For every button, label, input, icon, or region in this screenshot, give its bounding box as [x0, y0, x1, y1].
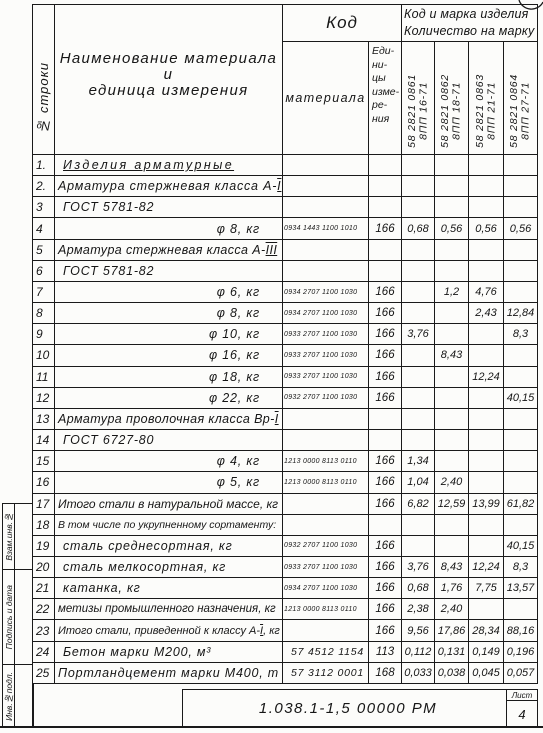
row-number: 19: [33, 536, 55, 557]
quantity-product-1: 0,112: [402, 642, 435, 663]
quantity-product-3: [469, 409, 504, 430]
row-number: 21: [33, 578, 55, 599]
material-name: сталь среднесортная, кг: [55, 536, 283, 557]
quantity-product-1: [402, 367, 435, 388]
unit-code: [369, 409, 402, 430]
quantity-product-1: [402, 176, 435, 197]
quantity-product-4: 12,84: [504, 303, 538, 324]
header-unit-line: ния: [372, 113, 389, 127]
material-name: φ 5, кг: [55, 472, 283, 493]
row-number: 17: [33, 494, 55, 515]
row-number: 12: [33, 388, 55, 409]
quantity-product-1: [402, 430, 435, 451]
material-name: Итого стали в натуральной массе, кг: [55, 494, 283, 515]
quantity-product-3: 7,75: [469, 578, 504, 599]
quantity-product-2: 0,56: [435, 218, 469, 239]
material-name: φ 4, кг: [55, 451, 283, 472]
material-name: Арматура стержневая класса А-III: [55, 240, 283, 261]
quantity-product-4: [504, 197, 538, 218]
stamp-replacement-inv: Взам.инв.№: [3, 504, 15, 569]
unit-code: 166: [369, 388, 402, 409]
unit-code: 166: [369, 472, 402, 493]
material-name-text: φ 8, кг: [217, 222, 260, 236]
row-number: 3: [33, 197, 55, 218]
material-code: [283, 197, 369, 218]
quantity-product-3: [469, 472, 504, 493]
quantity-product-3: [469, 197, 504, 218]
quantity-product-2: [435, 324, 469, 345]
quantity-product-2: [435, 409, 469, 430]
quantity-product-1: 2,38: [402, 599, 435, 620]
quantity-product-1: 6,82: [402, 494, 435, 515]
material-name-text: В том числе по укрупненному сортаменту:: [58, 519, 276, 531]
quantity-product-2: 1,76: [435, 578, 469, 599]
material-name-tail: , кг: [263, 625, 280, 637]
row-number: 23: [33, 620, 55, 641]
unit-code: 166: [369, 557, 402, 578]
material-code: 1213 0000 8113 0110: [283, 599, 369, 620]
quantity-product-4: 40,15: [504, 536, 538, 557]
quantity-product-2: 0,038: [435, 663, 469, 684]
row-number: 13: [33, 409, 55, 430]
quantity-product-3: [469, 324, 504, 345]
material-code: 1213 0000 8113 0110: [283, 472, 369, 493]
header-code-group: Код: [283, 5, 402, 42]
material-name: сталь мелкосортная, кг: [55, 557, 283, 578]
header-unit-line: Еди-: [372, 45, 394, 59]
quantity-product-1: [402, 388, 435, 409]
sheet-cell: Лист 4: [506, 690, 537, 727]
material-code: [283, 494, 369, 515]
material-name: φ 10, кг: [55, 324, 283, 345]
material-code: 0932 2707 1100 1030: [283, 536, 369, 557]
quantity-product-1: 0,68: [402, 218, 435, 239]
material-name-text: φ 18, кг: [209, 370, 260, 384]
header-unit-line: ре-: [372, 99, 387, 113]
row-number: 5: [33, 240, 55, 261]
material-code: [283, 430, 369, 451]
quantity-product-1: [402, 345, 435, 366]
quantity-product-3: [469, 536, 504, 557]
row-number: 4: [33, 218, 55, 239]
quantity-product-4: [504, 367, 538, 388]
quantity-product-1: 3,76: [402, 324, 435, 345]
material-code: [283, 155, 369, 176]
unit-code: 166: [369, 324, 402, 345]
material-name-text: Итого стали в натуральной массе, кг: [58, 497, 278, 511]
material-name: ГОСТ 5781-82: [55, 261, 283, 282]
quantity-product-3: 12,24: [469, 367, 504, 388]
material-name-text: Арматура стержневая класса А-: [58, 243, 266, 257]
margin-stamp: Взам.инв.№ Подпись и дата Инв.№подл.: [2, 503, 32, 727]
material-name: метизы промышленного назначения, кг: [55, 599, 283, 620]
material-class: I: [277, 179, 281, 193]
quantity-product-2: 12,59: [435, 494, 469, 515]
material-code: 0932 2707 1100 1030: [283, 388, 369, 409]
material-code: 0934 2707 1100 1030: [283, 282, 369, 303]
quantity-product-1: 1,34: [402, 451, 435, 472]
quantity-product-4: [504, 240, 538, 261]
quantity-product-2: [435, 430, 469, 451]
quantity-product-4: 13,57: [504, 578, 538, 599]
quantity-product-3: [469, 515, 504, 536]
quantity-product-3: 2,43: [469, 303, 504, 324]
quantity-product-4: 8,3: [504, 324, 538, 345]
quantity-product-1: [402, 155, 435, 176]
sheet-label: Лист: [507, 690, 537, 701]
material-name-text: Изделия арматурные: [63, 158, 234, 172]
quantity-product-4: [504, 176, 538, 197]
material-name-text: φ 8, кг: [217, 306, 260, 320]
quantity-product-4: 0,057: [504, 663, 538, 684]
material-name-text: ГОСТ 6727-80: [63, 433, 154, 447]
material-name-text: Арматура стержневая класса А-: [58, 179, 277, 193]
row-number: 25: [33, 663, 55, 684]
material-name: Арматура проволочная класса Вр-I: [55, 409, 283, 430]
material-name: φ 8, кг: [55, 218, 283, 239]
quantity-product-3: 0,045: [469, 663, 504, 684]
material-name-text: Итого стали, приведенной к классу А-: [58, 625, 260, 637]
unit-code: 166: [369, 494, 402, 515]
material-code: 0934 2707 1100 1030: [283, 303, 369, 324]
material-name: ГОСТ 5781-82: [55, 197, 283, 218]
row-number: 20: [33, 557, 55, 578]
material-name-text: Портландцемент марки М400, т: [58, 666, 279, 680]
quantity-product-3: [469, 155, 504, 176]
material-code: [283, 515, 369, 536]
stamp-original-inv: Инв.№подл.: [3, 665, 15, 727]
header-products-line: Количество на марку: [404, 23, 534, 40]
quantity-product-4: [504, 155, 538, 176]
quantity-product-2: [435, 367, 469, 388]
quantity-product-4: 8,3: [504, 557, 538, 578]
sheet-number: 4: [507, 701, 537, 727]
unit-code: 166: [369, 578, 402, 599]
material-code: 0933 2707 1100 1030: [283, 367, 369, 388]
material-name-text: катанка, кг: [63, 581, 141, 595]
header-product-3: 58 2821 08638ПП 21-71: [469, 42, 504, 155]
material-code: 0934 1443 1100 1010: [283, 218, 369, 239]
material-name: Бетон марки М200, м³: [55, 642, 283, 663]
row-number: 10: [33, 345, 55, 366]
unit-code: 166: [369, 282, 402, 303]
material-name: φ 6, кг: [55, 282, 283, 303]
row-number: 16: [33, 472, 55, 493]
material-code: [283, 620, 369, 641]
unit-code: [369, 176, 402, 197]
material-code: 1213 0000 8113 0110: [283, 451, 369, 472]
material-name: В том числе по укрупненному сортаменту:: [55, 515, 283, 536]
material-code: 0933 2707 1100 1030: [283, 324, 369, 345]
unit-code: [369, 155, 402, 176]
material-name: Портландцемент марки М400, т: [55, 663, 283, 684]
unit-code: 113: [369, 642, 402, 663]
header-products-group: Код и марка изделия Количество на марку: [402, 5, 538, 42]
header-material-name: Наименование материала и единица измерен…: [55, 5, 283, 155]
header-products-line: Код и марка изделия: [404, 6, 528, 23]
quantity-product-2: [435, 176, 469, 197]
header-name-line: единица измерения: [89, 83, 249, 99]
material-name-text: Бетон марки М200, м³: [63, 645, 211, 659]
unit-code: [369, 430, 402, 451]
material-name: Итого стали, приведенной к классу А-I, к…: [55, 620, 283, 641]
stamp-replacement-inv-label: Взам.инв.№: [4, 512, 14, 561]
quantity-product-3: [469, 345, 504, 366]
quantity-product-2: 0,131: [435, 642, 469, 663]
quantity-product-2: 8,43: [435, 345, 469, 366]
material-name-text: сталь среднесортная, кг: [63, 539, 233, 553]
stamp-signature-date-label: Подпись и дата: [4, 585, 14, 649]
quantity-product-2: 1,2: [435, 282, 469, 303]
quantity-product-3: 12,24: [469, 557, 504, 578]
product-mark: 8ПП 21-71: [486, 82, 498, 140]
material-name-text: φ 10, кг: [209, 327, 260, 341]
header-product-1: 58 2821 08618ПП 16-71: [402, 42, 435, 155]
quantity-product-3: [469, 451, 504, 472]
quantity-product-3: [469, 388, 504, 409]
quantity-product-4: 61,82: [504, 494, 538, 515]
quantity-product-3: [469, 599, 504, 620]
materials-table: № строки Наименование материала и единиц…: [32, 4, 538, 684]
material-class: III: [266, 243, 278, 257]
material-name: Арматура стержневая класса А-I: [55, 176, 283, 197]
material-code: [283, 240, 369, 261]
material-code: [283, 261, 369, 282]
unit-code: 166: [369, 345, 402, 366]
header-unit-line: цы: [372, 72, 386, 86]
quantity-product-1: [402, 409, 435, 430]
quantity-product-1: 9,56: [402, 620, 435, 641]
product-mark: 8ПП 16-71: [418, 82, 430, 140]
quantity-product-1: [402, 240, 435, 261]
material-name-text: ГОСТ 5781-82: [63, 264, 154, 278]
material-name-text: ГОСТ 5781-82: [63, 200, 154, 214]
material-name-text: φ 16, кг: [209, 348, 260, 362]
quantity-product-4: [504, 345, 538, 366]
material-name: Изделия арматурные: [55, 155, 283, 176]
quantity-product-1: 1,04: [402, 472, 435, 493]
material-name: φ 8, кг: [55, 303, 283, 324]
stamp-signature-date: Подпись и дата: [3, 570, 15, 664]
material-code: [283, 409, 369, 430]
header-name-line: и: [164, 67, 174, 83]
unit-code: [369, 197, 402, 218]
quantity-product-4: 40,15: [504, 388, 538, 409]
product-mark: 8ПП 27-71: [521, 82, 533, 140]
material-name: катанка, кг: [55, 578, 283, 599]
header-unit-line: изме-: [372, 86, 399, 100]
quantity-product-3: [469, 261, 504, 282]
material-name: φ 22, кг: [55, 388, 283, 409]
quantity-product-1: [402, 197, 435, 218]
material-code: 0934 2707 1100 1030: [283, 578, 369, 599]
material-name: φ 18, кг: [55, 367, 283, 388]
quantity-product-3: 0,149: [469, 642, 504, 663]
row-number: 7: [33, 282, 55, 303]
row-number: 24: [33, 642, 55, 663]
title-block: 1.038.1-1,5 00000 РМ Лист 4: [182, 689, 538, 727]
row-number: 22: [33, 599, 55, 620]
unit-code: 166: [369, 218, 402, 239]
unit-code: 166: [369, 367, 402, 388]
document-designation: 1.038.1-1,5 00000 РМ: [183, 690, 505, 727]
header-row-number-label: № строки: [36, 62, 51, 134]
quantity-product-1: [402, 536, 435, 557]
row-number: 15: [33, 451, 55, 472]
quantity-product-1: 3,76: [402, 557, 435, 578]
unit-code: [369, 515, 402, 536]
unit-code: 166: [369, 303, 402, 324]
row-number: 11: [33, 367, 55, 388]
material-name: φ 16, кг: [55, 345, 283, 366]
row-number: 18: [33, 515, 55, 536]
material-code: 57 3112 0001: [283, 663, 369, 684]
header-unit-code: Еди- ни- цы изме- ре- ния: [369, 42, 402, 155]
quantity-product-2: [435, 240, 469, 261]
row-number: 14: [33, 430, 55, 451]
unit-code: 166: [369, 451, 402, 472]
quantity-product-3: 0,56: [469, 218, 504, 239]
quantity-product-3: [469, 240, 504, 261]
unit-code: 166: [369, 599, 402, 620]
material-name-text: Арматура проволочная класса Вр-: [58, 412, 275, 426]
header-name-line: Наименование материала: [60, 51, 277, 67]
quantity-product-2: 17,86: [435, 620, 469, 641]
quantity-product-2: [435, 388, 469, 409]
product-mark: 8ПП 18-71: [452, 82, 464, 140]
quantity-product-2: [435, 261, 469, 282]
row-number: 2.: [33, 176, 55, 197]
product-code: 58 2821 0861: [407, 74, 419, 148]
unit-code: 168: [369, 663, 402, 684]
quantity-product-3: 4,76: [469, 282, 504, 303]
quantity-product-2: [435, 155, 469, 176]
unit-code: 166: [369, 536, 402, 557]
unit-code: [369, 240, 402, 261]
quantity-product-2: [435, 451, 469, 472]
quantity-product-4: [504, 599, 538, 620]
quantity-product-4: [504, 451, 538, 472]
material-name-text: φ 5, кг: [217, 475, 260, 489]
quantity-product-2: 8,43: [435, 557, 469, 578]
material-name-text: φ 4, кг: [217, 454, 260, 468]
quantity-product-3: 13,99: [469, 494, 504, 515]
unit-code: [369, 261, 402, 282]
material-class: I: [275, 412, 279, 426]
quantity-product-4: [504, 261, 538, 282]
quantity-product-2: [435, 303, 469, 324]
quantity-product-1: [402, 261, 435, 282]
material-code: 0933 2707 1100 1030: [283, 345, 369, 366]
quantity-product-1: 0,68: [402, 578, 435, 599]
quantity-product-4: [504, 515, 538, 536]
material-name-text: φ 22, кг: [209, 391, 260, 405]
header-material-code: материала: [283, 42, 369, 155]
quantity-product-1: [402, 282, 435, 303]
quantity-product-4: [504, 430, 538, 451]
quantity-product-4: [504, 282, 538, 303]
material-name-text: метизы промышленного назначения, кг: [58, 603, 276, 615]
row-number: 6: [33, 261, 55, 282]
header-unit-line: ни-: [372, 59, 387, 73]
quantity-product-4: [504, 409, 538, 430]
quantity-product-4: [504, 472, 538, 493]
header-product-4: 58 2821 08648ПП 27-71: [504, 42, 538, 155]
stamp-original-inv-label: Инв.№подл.: [4, 672, 14, 721]
product-code: 58 2821 0863: [475, 74, 487, 148]
quantity-product-4: 88,16: [504, 620, 538, 641]
unit-code: 166: [369, 620, 402, 641]
quantity-product-3: [469, 176, 504, 197]
row-number: 1.: [33, 155, 55, 176]
quantity-product-2: [435, 536, 469, 557]
quantity-product-1: [402, 515, 435, 536]
material-code: [283, 176, 369, 197]
quantity-product-2: 2,40: [435, 472, 469, 493]
quantity-product-1: [402, 303, 435, 324]
quantity-product-2: [435, 197, 469, 218]
quantity-product-2: 2,40: [435, 599, 469, 620]
quantity-product-2: [435, 515, 469, 536]
material-name-text: сталь мелкосортная, кг: [63, 560, 226, 574]
material-name: ГОСТ 6727-80: [55, 430, 283, 451]
material-name-text: φ 6, кг: [217, 285, 260, 299]
quantity-product-3: 28,34: [469, 620, 504, 641]
material-code: 57 4512 1154: [283, 642, 369, 663]
frame-left-line: [32, 684, 34, 728]
material-code: 0933 2707 1100 1030: [283, 557, 369, 578]
row-number: 9: [33, 324, 55, 345]
quantity-product-1: 0,033: [402, 663, 435, 684]
quantity-product-4: 0,196: [504, 642, 538, 663]
header-row-number: № строки: [33, 5, 55, 155]
quantity-product-3: [469, 430, 504, 451]
header-product-2: 58 2821 08628ПП 18-71: [435, 42, 469, 155]
row-number: 8: [33, 303, 55, 324]
quantity-product-4: 0,56: [504, 218, 538, 239]
